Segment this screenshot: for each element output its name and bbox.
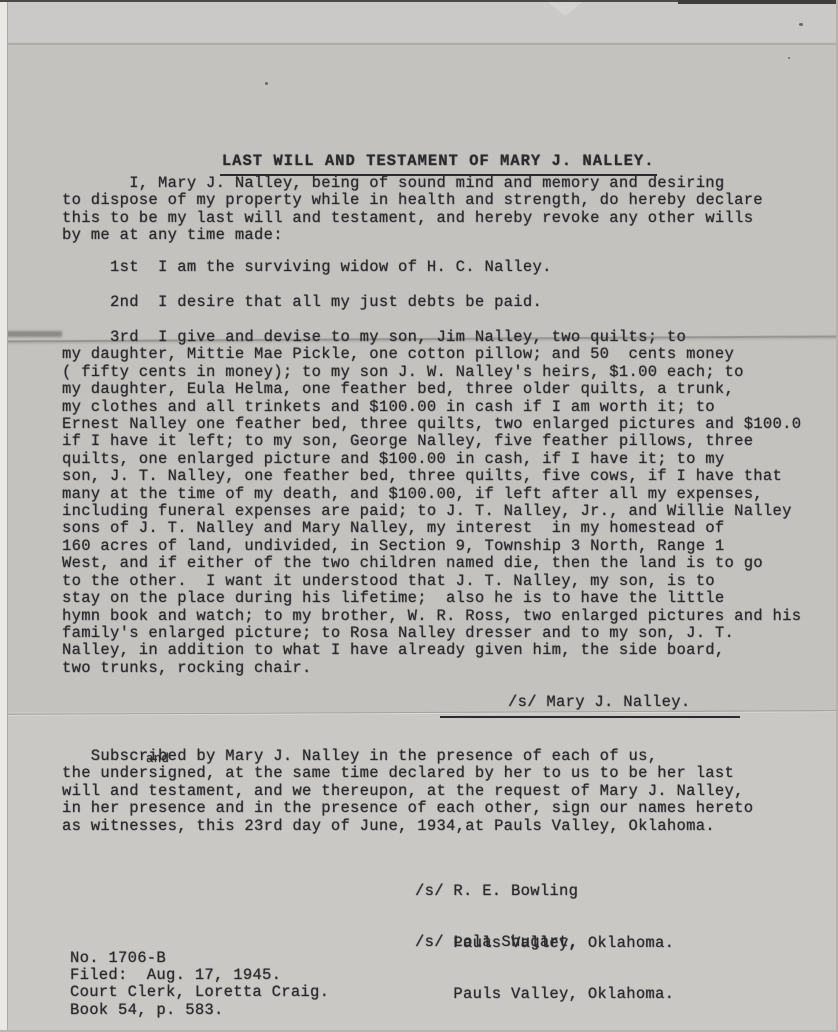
text-line: family's enlarged picture; to Rosa Nalle…	[62, 625, 801, 642]
text-line: the undersigned, at the same time declar…	[62, 765, 753, 782]
text-line: No. 1706-B	[70, 950, 329, 967]
text-line: to dispose of my property while in healt…	[62, 192, 763, 209]
text-line: two trunks, rocking chair.	[62, 660, 801, 677]
text-line: ( fifty cents in money); to my son J. W.…	[62, 364, 801, 381]
text-line: my daughter, Mittie Mae Pickle, one cott…	[62, 346, 801, 363]
text-line: son, J. T. Nalley, one feather bed, thre…	[62, 468, 801, 485]
witness-location: Pauls Valley, Oklahoma.	[415, 986, 674, 1003]
attestation-paragraph: Subscribed by Mary J. Nalley in the pres…	[62, 748, 753, 835]
text-line: in her presence and in the presence of e…	[62, 800, 753, 817]
text-line: hymn book and watch; to my brother, W. R…	[62, 608, 801, 625]
text-line: including funeral expenses are paid; to …	[62, 503, 801, 520]
clause-first: 1st I am the surviving widow of H. C. Na…	[62, 259, 552, 276]
text-line: this to be my last will and testament, a…	[62, 210, 763, 227]
witness-signature: /s/ Lola Shugart,	[415, 934, 674, 951]
filing-block: No. 1706-BFiled: Aug. 17, 1945.Court Cle…	[70, 950, 329, 1019]
text-line: stay on the place during his lifetime; a…	[62, 590, 801, 607]
fold-crease-middle-edge	[0, 331, 62, 337]
text-line: I, Mary J. Nalley, being of sound mind a…	[62, 175, 763, 192]
text-line: Ernest Nalley one feather bed, three qui…	[62, 416, 801, 433]
fold-crease-top	[0, 43, 838, 45]
text-line: as witnesses, this 23rd day of June, 193…	[62, 818, 753, 835]
testator-signature: /s/ Mary J. Nalley.	[440, 694, 740, 718]
text-line: Court Clerk, Loretta Craig.	[70, 984, 329, 1001]
text-line: to the other. I want it understood that …	[62, 573, 801, 590]
text-line: 160 acres of land, undivided, in Section…	[62, 538, 801, 555]
text-line: my clothes and all trinkets and $100.00 …	[62, 399, 801, 416]
text-line: quilts, one enlarged picture and $100.00…	[62, 451, 801, 468]
text-line: Nalley, in addition to what I have alrea…	[62, 642, 801, 659]
bequests-paragraph: 3rd I give and devise to my son, Jim Nal…	[62, 329, 801, 677]
text-line: if I have it left; to my son, George Nal…	[62, 433, 801, 450]
scan-speck	[788, 57, 790, 59]
scan-notch-artifact	[545, 0, 585, 16]
clause-second: 2nd I desire that all my just debts be p…	[62, 294, 542, 311]
text-line: West, and if either of the two children …	[62, 555, 801, 572]
intro-paragraph: I, Mary J. Nalley, being of sound mind a…	[62, 175, 763, 245]
text-line: will and testament, and we thereupon, at…	[62, 783, 753, 800]
text-line: Book 54, p. 583.	[70, 1002, 329, 1019]
text-line: 3rd I give and devise to my son, Jim Nal…	[62, 329, 801, 346]
text-line: sons of J. T. Nalley and Mary Nalley, my…	[62, 520, 801, 537]
text-line: by me at any time made:	[62, 227, 763, 244]
witness-signature-block-2: /s/ Lola Shugart, Pauls Valley, Oklahoma…	[415, 899, 674, 1032]
witness-signature: /s/ R. E. Bowling	[415, 883, 674, 900]
text-line: my daughter, Eula Helma, one feather bed…	[62, 381, 801, 398]
page-edge-top-right	[678, 0, 838, 4]
text-line: Filed: Aug. 17, 1945.	[70, 967, 329, 984]
scanned-will-page: LAST WILL AND TESTAMENT OF MARY J. NALLE…	[0, 0, 838, 1032]
text-line: many at the time of my death, and $100.0…	[62, 486, 801, 503]
scan-speck	[265, 82, 268, 85]
scan-speck	[799, 23, 803, 26]
text-line: Subscribed by Mary J. Nalley in the pres…	[62, 748, 753, 765]
